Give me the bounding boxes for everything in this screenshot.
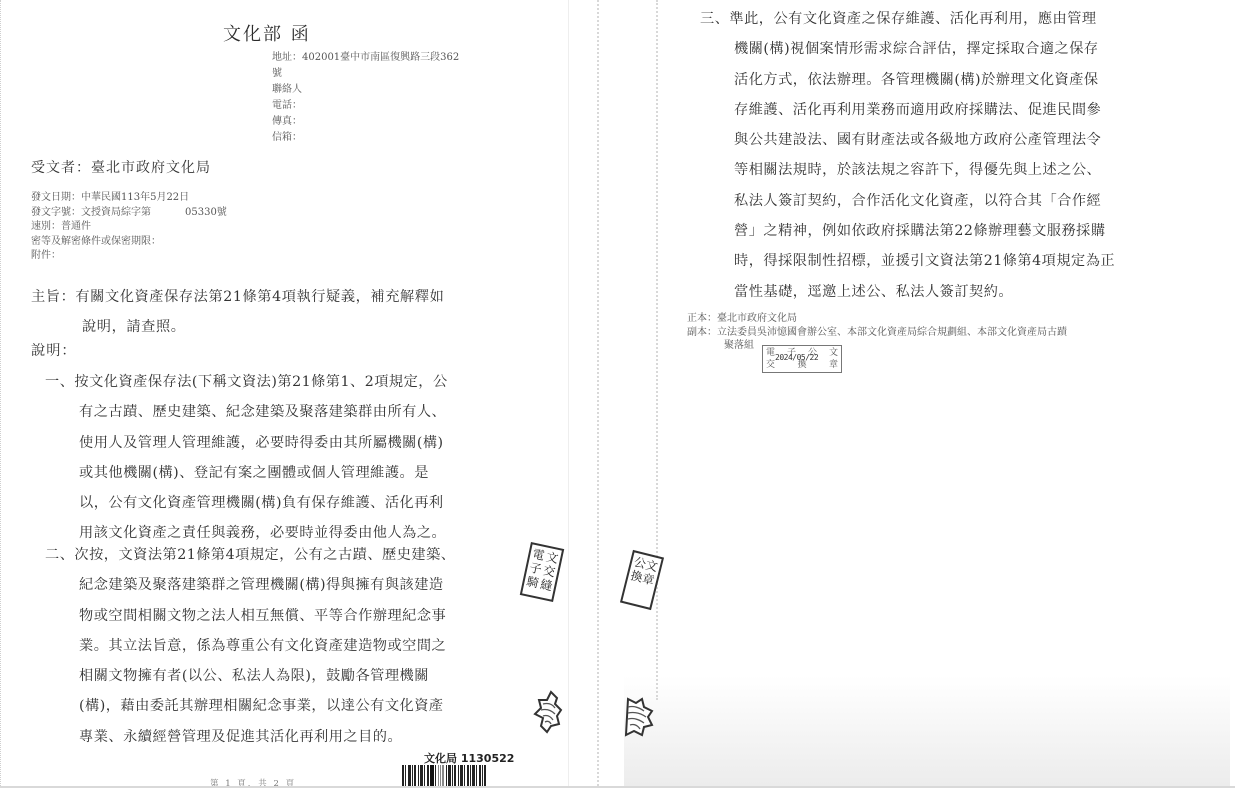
page-number: 第 1 頁，共 2 頁 xyxy=(210,777,296,786)
subject: 主旨：有關文化資產保存法第21條第4項執行疑義，補充解釋如 說明，請查照。 xyxy=(31,282,501,342)
stamp-char: 電 xyxy=(766,347,775,359)
stamp-char: 換 xyxy=(797,359,806,371)
contact-person: 聯絡人 xyxy=(272,82,459,98)
page-bottom-edge xyxy=(0,786,1235,788)
document-page-1: 文化部 函 地址：402001臺中市南區復興路三段362 號 聯絡人 電話： 傳… xyxy=(0,0,626,786)
attachments: 附件： xyxy=(31,249,227,264)
seal-emblem-icon xyxy=(531,690,565,734)
reference-number: 發文字號：文授資局綜字第05330號 xyxy=(31,206,227,221)
stamp-char: 交 xyxy=(766,359,775,371)
document-meta: 發文日期：中華民國113年5月22日 發文字號：文授資局綜字第05330號 速別… xyxy=(31,191,227,264)
seam-dotted-line xyxy=(597,0,601,786)
stamp-char: 文 xyxy=(829,347,838,359)
paragraph-line: 營」之精神，例如依政府採購法第22條辦理藝文服務採購 xyxy=(700,216,1115,246)
paragraph-line: 三、準此，公有文化資產之保存維護、活化再利用，應由管理 xyxy=(700,4,1115,34)
subject-line: 說明，請查照。 xyxy=(31,312,501,342)
confidentiality: 密等及解密條件或保密期限： xyxy=(31,235,227,250)
paragraph-line: 二、次按，文資法第21條第4項規定，公有之古蹟、歷史建築、 xyxy=(45,540,455,570)
barcode xyxy=(402,765,520,786)
paragraph-line: 一、按文化資產保存法(下稱文資法)第21條第1、2項規定，公 xyxy=(45,367,448,397)
paragraph-line: 物或空間相關文物之法人相互無償、平等合作辦理紀念事 xyxy=(45,601,455,631)
paragraph-line: 或其他機關(構)、登記有案之團體或個人管理維護。是 xyxy=(45,458,448,488)
address-line: 號 xyxy=(272,66,459,82)
copy-recipients-cont: 聚落組 xyxy=(687,339,1067,353)
paragraph-line: 有之古蹟、歷史建築、紀念建築及聚落建築群由所有人、 xyxy=(45,397,448,427)
paragraph-line: 使用人及管理人管理維護，必要時得委由其所屬機關(構) xyxy=(45,428,448,458)
page-divider xyxy=(568,0,569,786)
paragraph-line: 時，得採限制性招標，並援引文資法第21條第4項規定為正 xyxy=(700,246,1115,276)
urgency: 速別：普通件 xyxy=(31,220,227,235)
exchange-date-stamp: 電 子 公 文 2024/05/22 交 換 章 xyxy=(762,345,842,373)
explanation-heading: 說明： xyxy=(31,340,77,360)
subject-line: 主旨：有關文化資產保存法第21條第4項執行疑義，補充解釋如 xyxy=(31,282,501,312)
distribution-list: 正本：臺北市政府文化局 副本：立法委員吳沛憶國會辦公室、本部文化資產局綜合規劃組… xyxy=(687,312,1067,353)
stamp-char: 章 xyxy=(829,359,838,371)
paragraph-line: 與公共建設法、國有財產法或各級地方政府公產管理法令 xyxy=(700,125,1115,155)
email: 信箱： xyxy=(272,130,459,146)
paragraph-line: 以，公有文化資產管理機關(構)負有保存維護、活化再利 xyxy=(45,488,448,518)
reference-value: 05330號 xyxy=(185,207,227,218)
original-recipient: 正本：臺北市政府文化局 xyxy=(687,312,1067,326)
paragraph-line: 存維護、活化再利用業務而適用政府採購法、促進民間參 xyxy=(700,95,1115,125)
seam-seal-stamp: 電文 子交 騎縫 xyxy=(520,542,564,602)
paragraph-line: (構)，藉由委託其辦理相關紀念事業，以達公有文化資產 xyxy=(45,691,455,721)
seal-char: 章 xyxy=(641,571,656,587)
paragraph-line: 當性基礎，逕邀上述公、私法人簽訂契約。 xyxy=(700,277,1115,307)
barcode-label: 文化局 1130522 xyxy=(424,750,514,766)
paragraph-line: 相關文物擁有者(以公、私法人為限)，鼓勵各管理機關 xyxy=(45,661,455,691)
address-line: 地址：402001臺中市南區復興路三段362 xyxy=(272,50,459,66)
paragraph-line: 私法人簽訂契約，合作活化文化資產，以符合其「合作經 xyxy=(700,186,1115,216)
copy-recipients: 副本：立法委員吳沛憶國會辦公室、本部文化資產局綜合規劃組、本部文化資產局古蹟 xyxy=(687,326,1067,340)
explanation-item-2: 二、次按，文資法第21條第4項規定，公有之古蹟、歷史建築、 紀念建築及聚落建築群… xyxy=(45,540,455,752)
seal-char: 縫 xyxy=(539,577,554,593)
recipient: 受文者：臺北市政府文化局 xyxy=(31,157,211,177)
phone: 電話： xyxy=(272,98,459,114)
paragraph-line: 等相關法規時，於該法規之容許下，得優先與上述之公、 xyxy=(700,155,1115,185)
seal-char: 騎 xyxy=(525,574,540,590)
paragraph-line: 活化方式，依法辦理。各管理機關(構)於辦理文化資產保 xyxy=(700,65,1115,95)
seam-dotted-line xyxy=(656,0,660,700)
paragraph-line: 專業、永續經營管理及促進其活化再利用之目的。 xyxy=(45,722,455,752)
reference-label: 發文字號：文授資局綜字第 xyxy=(31,207,151,218)
issue-date: 發文日期：中華民國113年5月22日 xyxy=(31,191,227,206)
sender-address-block: 地址：402001臺中市南區復興路三段362 號 聯絡人 電話： 傳真： 信箱： xyxy=(272,50,459,146)
seal-emblem-icon xyxy=(622,695,656,739)
paragraph-line: 機關(構)視個案情形需求綜合評估，擇定採取合適之保存 xyxy=(700,34,1115,64)
document-title: 文化部 函 xyxy=(223,20,311,46)
explanation-item-3: 三、準此，公有文化資產之保存維護、活化再利用，應由管理 機關(構)視個案情形需求… xyxy=(700,4,1115,307)
explanation-item-1: 一、按文化資產保存法(下稱文資法)第21條第1、2項規定，公 有之古蹟、歷史建築… xyxy=(45,367,448,549)
paragraph-line: 紀念建築及聚落建築群之管理機關(構)得與擁有與該建造 xyxy=(45,570,455,600)
fax: 傳真： xyxy=(272,114,459,130)
paragraph-line: 業。其立法旨意，係為尊重公有文化資產建造物或空間之 xyxy=(45,631,455,661)
